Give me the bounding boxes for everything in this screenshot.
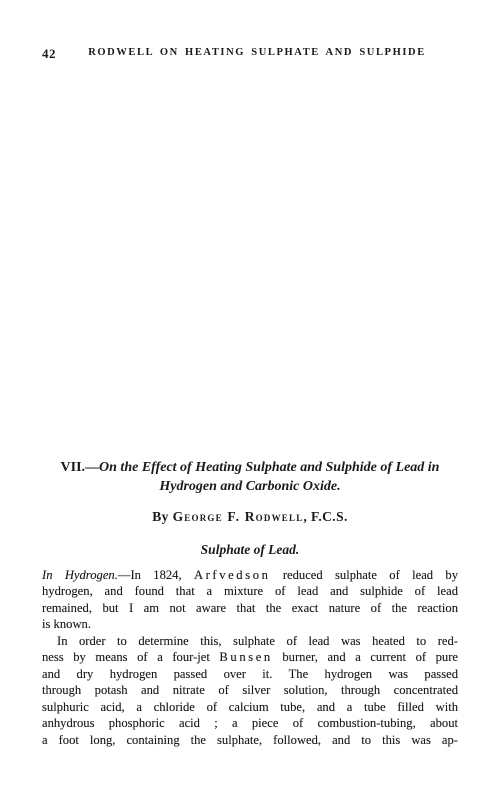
paragraph1-line4: is known. xyxy=(42,616,458,632)
byline: By George F. Rodwell, F.C.S. xyxy=(30,509,470,525)
paragraph1-line1-rest: reduced sulphate of lead by xyxy=(271,568,459,582)
paragraph2-line4: through potash and nitrate of silver sol… xyxy=(42,682,458,698)
paragraph1-line1: In Hydrogen.—In 1824, Arfvedson reduced … xyxy=(42,567,458,583)
paragraph2-line7: a foot long, containing the sulphate, fo… xyxy=(42,732,458,748)
section-heading: Sulphate of Lead. xyxy=(30,542,470,558)
page-header: 42 RODWELL ON HEATING SULPHATE AND SULPH… xyxy=(42,46,458,62)
article-title: VII.—On the Effect of Heating Sulphate a… xyxy=(30,458,470,496)
arfvedson-name: Arfvedson xyxy=(194,568,271,582)
paragraph2-line2-rest: burner, and a current of pure xyxy=(273,650,458,664)
paragraph2-line6: anhydrous phosphoric acid ; a piece of c… xyxy=(42,715,458,731)
paragraph2-line5: sulphuric acid, a chloride of calcium tu… xyxy=(42,699,458,715)
author-name: George F. Rodwell xyxy=(173,509,304,524)
article-title-line2: Hydrogen and Carbonic Oxide. xyxy=(30,477,470,496)
article-title-line1: VII.—On the Effect of Heating Sulphate a… xyxy=(30,458,470,477)
running-title: RODWELL ON HEATING SULPHATE AND SULPHIDE xyxy=(42,47,458,58)
paragraph2-line2-pre: ness by means of a four-jet xyxy=(42,650,219,664)
paragraph2-line1: In order to determine this, sulphate of … xyxy=(42,633,458,649)
byline-by: By xyxy=(152,509,172,524)
article-title-text1: On the Effect of Heating Sulphate and Su… xyxy=(99,460,439,475)
document-page: 42 RODWELL ON HEATING SULPHATE AND SULPH… xyxy=(0,0,500,800)
author-credentials: , F.C.S. xyxy=(303,509,347,524)
paragraph1-line2: hydrogen, and found that a mixture of le… xyxy=(42,583,458,599)
paragraph1-line1-mid: —In 1824, xyxy=(118,568,194,582)
paragraph2-line3: and dry hydrogen passed over it. The hyd… xyxy=(42,666,458,682)
paragraph2-line2: ness by means of a four-jet Bunsen burne… xyxy=(42,649,458,665)
page-number: 42 xyxy=(42,46,56,62)
bunsen-name: Bunsen xyxy=(219,650,272,664)
paragraph1-line3: remained, but I am not aware that the ex… xyxy=(42,600,458,616)
body-text: In Hydrogen.—In 1824, Arfvedson reduced … xyxy=(42,567,458,748)
in-hydrogen-italic: In Hydrogen. xyxy=(42,568,118,582)
article-number: VII.— xyxy=(61,460,100,475)
